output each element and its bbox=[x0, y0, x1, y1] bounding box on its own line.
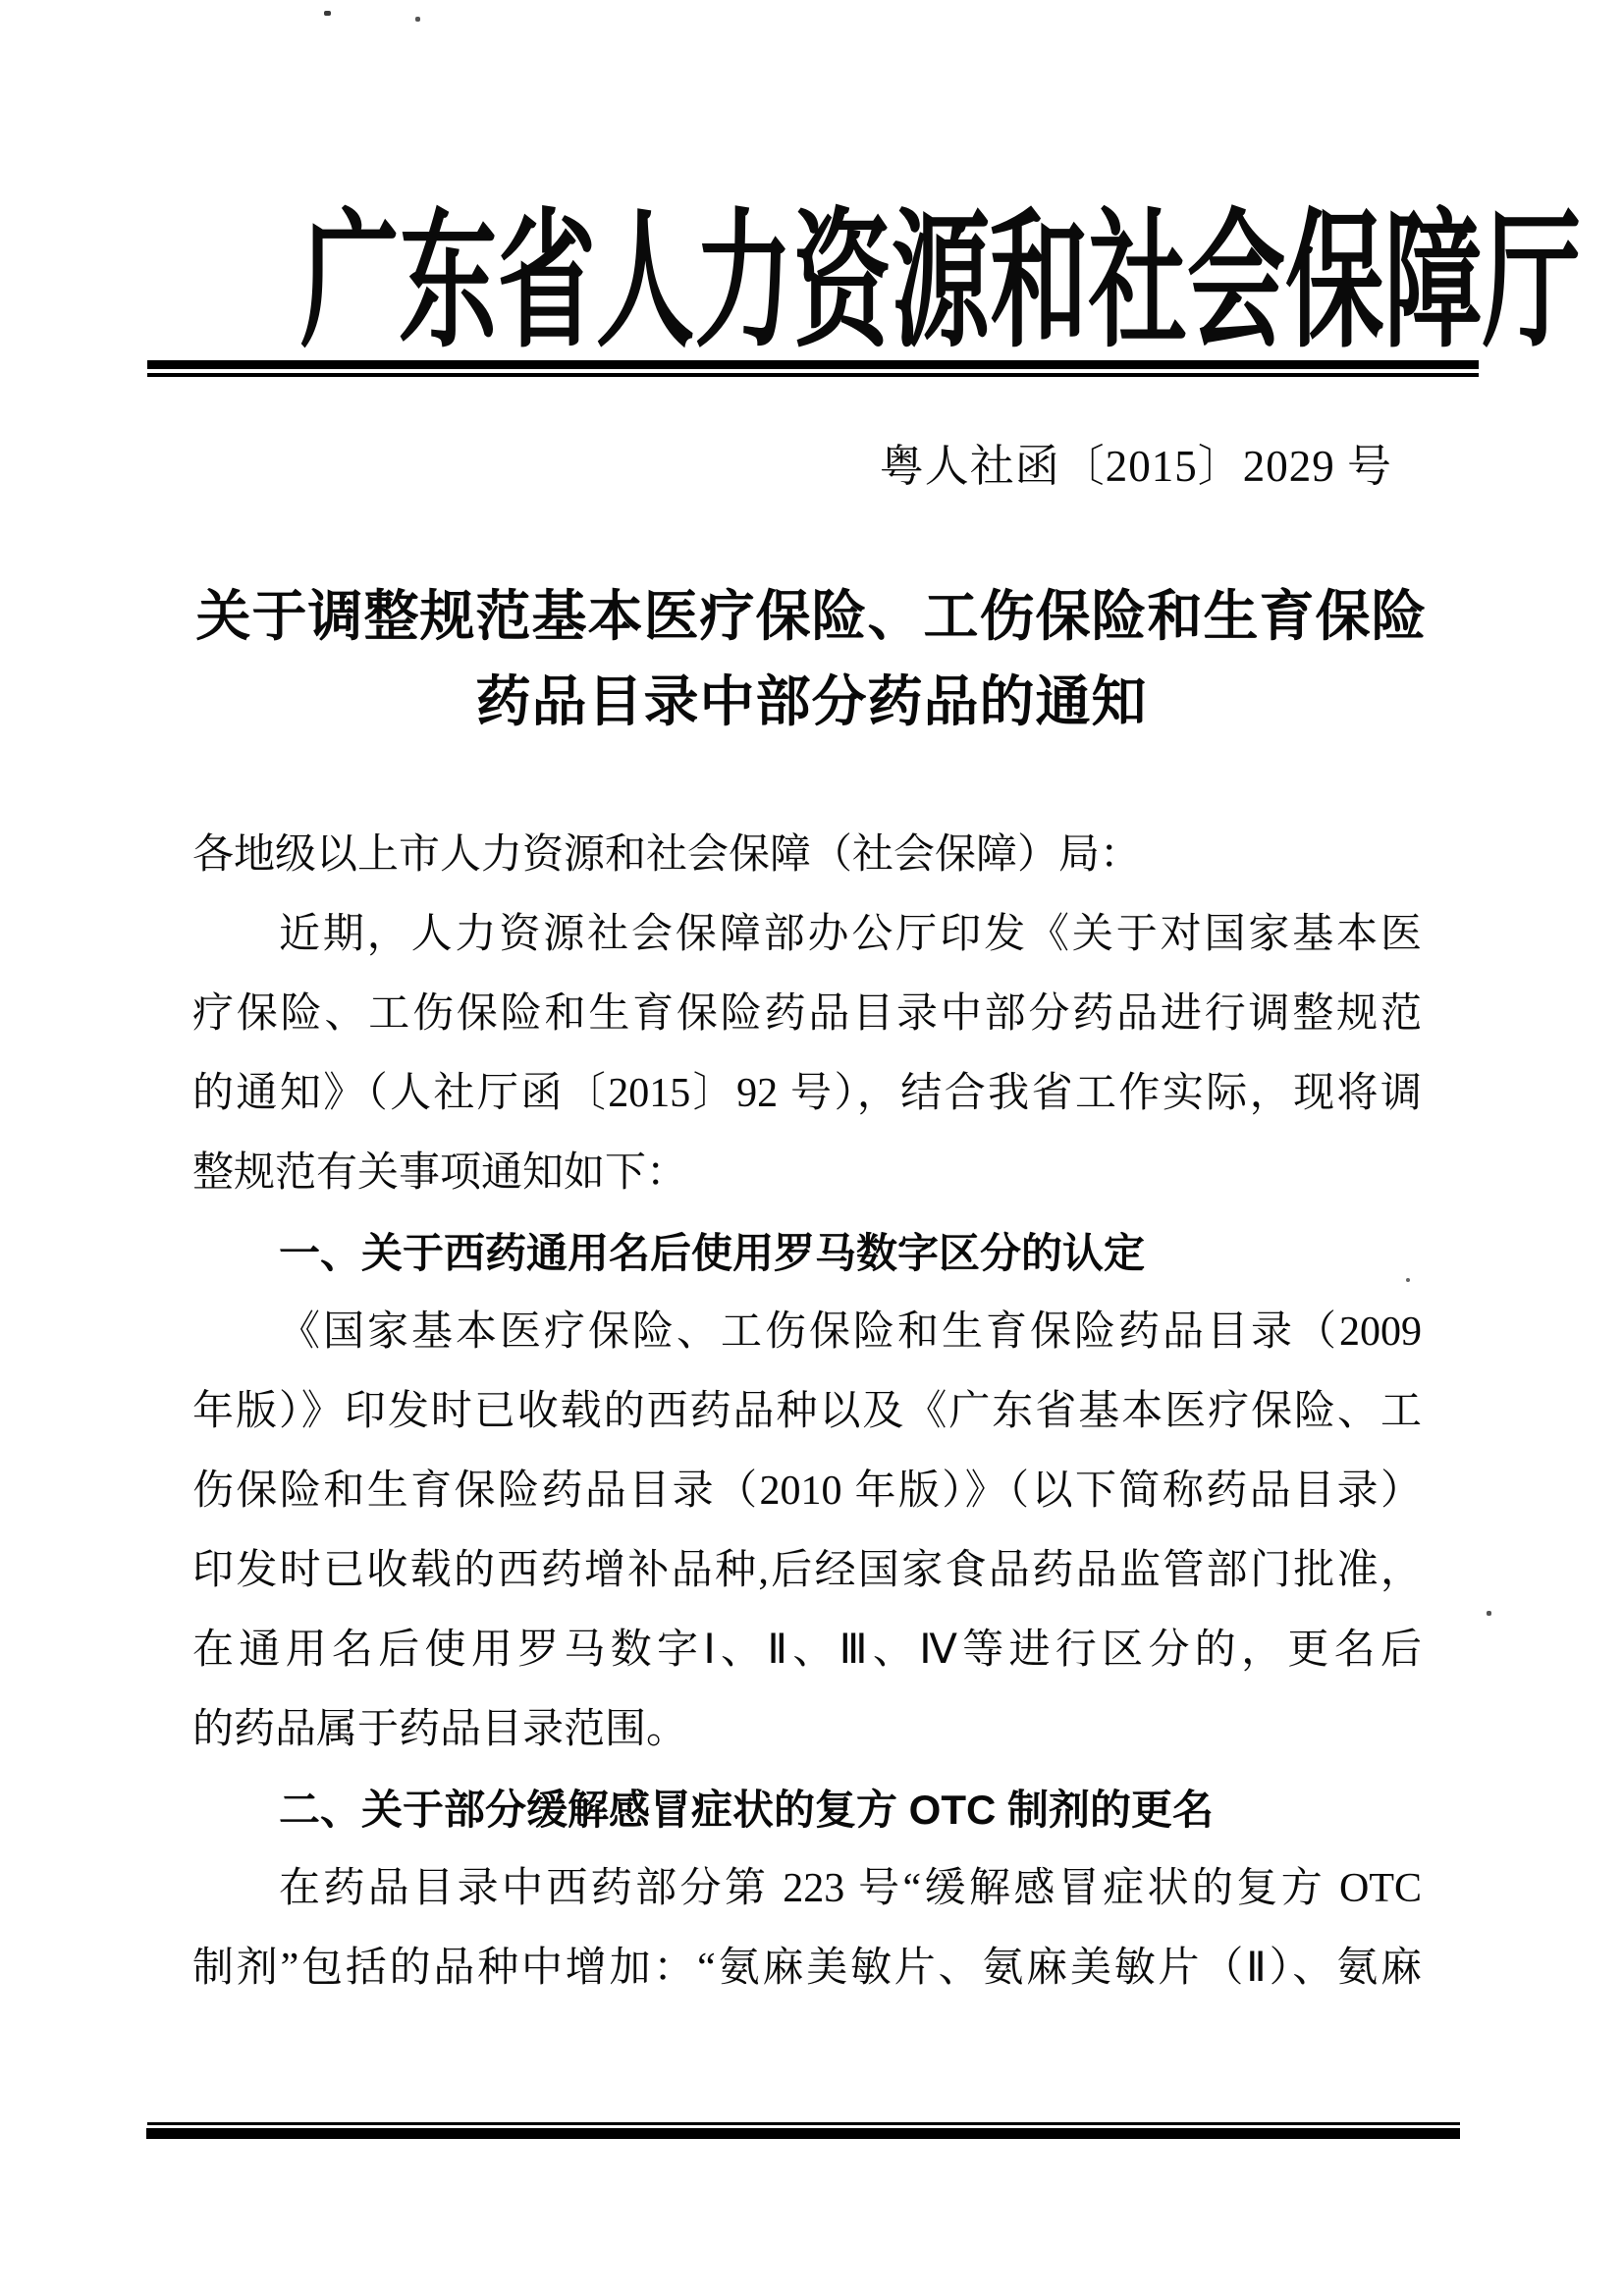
notice-title-line2: 药品目录中部分药品的通知 bbox=[0, 661, 1623, 746]
notice-title-line1: 关于调整规范基本医疗保险、工伤保险和生育保险 bbox=[0, 575, 1623, 661]
footer-rule-thick bbox=[146, 2128, 1460, 2139]
body-line: 在药品目录中西药部分第 223 号“缓解感冒症状的复方 OTC bbox=[192, 1849, 1422, 1929]
body-line: 疗保险、工伤保险和生育保险药品目录中部分药品进行调整规范 bbox=[192, 975, 1422, 1054]
body-line: 《国家基本医疗保险、工伤保险和生育保险药品目录（2009 bbox=[192, 1293, 1422, 1372]
doc-number: 粤人社函〔2015〕2029 号 bbox=[880, 441, 1392, 492]
letterhead-rule-thick bbox=[147, 360, 1479, 369]
footer-rule-thin bbox=[147, 2122, 1460, 2125]
scan-speck bbox=[415, 17, 420, 22]
section-2-heading: 二、关于部分缓解感冒症状的复方 OTC 制剂的更名 bbox=[192, 1770, 1422, 1849]
salutation-line: 各地级以上市人力资源和社会保障（社会保障）局： bbox=[192, 816, 1422, 895]
body-line: 制剂”包括的品种中增加：“氨麻美敏片、氨麻美敏片（Ⅱ）、氨麻 bbox=[192, 1929, 1422, 2008]
notice-body: 各地级以上市人力资源和社会保障（社会保障）局： 近期，人力资源社会保障部办公厅印… bbox=[192, 816, 1422, 2008]
scan-speck bbox=[1487, 1611, 1491, 1616]
body-line: 的药品属于药品目录范围。 bbox=[192, 1690, 1422, 1770]
section-1-heading: 一、关于西药通用名后使用罗马数字区分的认定 bbox=[192, 1213, 1422, 1293]
scan-speck bbox=[324, 11, 331, 16]
body-line: 印发时已收载的西药增补品种,后经国家食品药品监管部门批准， bbox=[192, 1531, 1422, 1611]
body-line: 的通知》（人社厅函〔2015〕92 号），结合我省工作实际，现将调 bbox=[192, 1054, 1422, 1134]
body-line: 在通用名后使用罗马数字Ⅰ、Ⅱ、Ⅲ、Ⅳ等进行区分的，更名后 bbox=[192, 1611, 1422, 1690]
body-line: 年版）》印发时已收载的西药品种以及《广东省基本医疗保险、工 bbox=[192, 1372, 1422, 1452]
body-line: 伤保险和生育保险药品目录（2010 年版）》（以下简称药品目录） bbox=[192, 1452, 1422, 1531]
notice-title: 关于调整规范基本医疗保险、工伤保险和生育保险 药品目录中部分药品的通知 bbox=[0, 575, 1623, 746]
body-line: 近期，人力资源社会保障部办公厅印发《关于对国家基本医 bbox=[192, 895, 1422, 975]
letterhead-org-name: 广东省人力资源和社会保障厅 bbox=[300, 204, 1372, 361]
document-page: 广东省人力资源和社会保障厅 粤人社函〔2015〕2029 号 关于调整规范基本医… bbox=[0, 0, 1623, 2296]
body-line: 整规范有关事项通知如下： bbox=[192, 1134, 1422, 1213]
letterhead-rule-thin bbox=[147, 373, 1479, 377]
